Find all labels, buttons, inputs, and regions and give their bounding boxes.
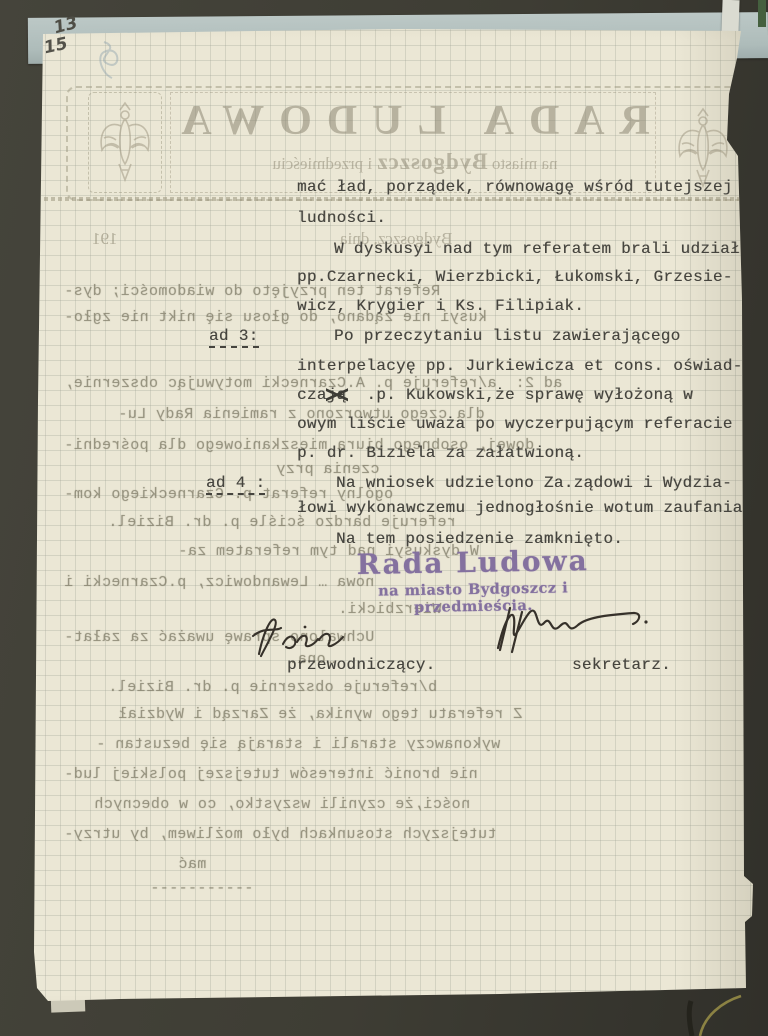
chairman-label: przewodniczący. xyxy=(287,656,436,674)
typed-line: Na wniosek udzielono Za.ządowi i Wydzia- xyxy=(336,474,732,492)
ghost-line: Z referatu tego wynika, że Zarząd i Wydz… xyxy=(118,706,522,723)
ghost-line: ności,że czynili wszystko, co w obecnych xyxy=(94,796,470,813)
letterhead-subtitle-post: i przedmieściu xyxy=(273,154,377,173)
item-marker-ad3: ad 3: xyxy=(209,327,259,345)
struck-line-post: .p. Kukowski,że sprawę wyłożoną w xyxy=(347,386,694,404)
letterhead-subtitle-mirrored: na miasto Bydgoszcz i przedmieściu xyxy=(150,149,680,175)
ghost-line: nie bronić interesów tutejszej polskiej … xyxy=(64,766,478,783)
ghost-line: mać xyxy=(178,856,206,873)
signature-secretary xyxy=(486,592,651,658)
ghost-line: ----------- xyxy=(150,880,253,897)
ghost-line: b/referuje obszernie p. dr. Biziel. xyxy=(108,679,437,696)
eagle-emblem-icon xyxy=(94,98,156,186)
ghost-line: wykonawczy starali i starają się bezusta… xyxy=(96,736,500,753)
binding-edge xyxy=(758,0,766,27)
pencil-squiggle xyxy=(92,40,128,82)
ad3-label: ad 3: xyxy=(209,327,259,348)
document-page: 15 xyxy=(0,0,768,1036)
letterhead-title-mirrored: RADA LUDOWA xyxy=(176,97,650,145)
typed-line: owym liście uważa po wyczerpującym refer… xyxy=(297,415,733,433)
ad4-label: ad 4 : xyxy=(206,474,265,495)
typed-line: W dyskusyi nad tym referatem brali udzia… xyxy=(334,240,740,258)
letterhead-year-mirrored: 191 xyxy=(92,229,118,249)
stamp-title: Rada Ludowa xyxy=(347,544,598,581)
typed-line: ludności. xyxy=(297,209,386,227)
signature-chairman xyxy=(245,606,355,662)
typed-line: p. dr. Biziela za załatwioną. xyxy=(297,444,584,462)
letterhead-frame-bottom-rule xyxy=(44,197,744,201)
typed-line: wicz, Krygier i Ks. Filipiak. xyxy=(297,297,584,315)
letterhead-subtitle-city: Bydgoszcz xyxy=(376,149,487,174)
ghost-line: tutejszych stosunkach było możliwem, by … xyxy=(64,826,496,843)
archival-scan: 13 15 xyxy=(0,0,768,1036)
typed-line: mać ład, porządek, równowagę wśród tutej… xyxy=(297,178,733,196)
letterhead-subtitle-pre: na miasto xyxy=(488,154,558,173)
paper-tab xyxy=(721,0,739,34)
typed-line: Po przeczytaniu listu zawierającego xyxy=(334,327,681,345)
handwritten-page-number: 15 xyxy=(42,34,69,58)
struck-text: ją xyxy=(327,386,347,404)
item-marker-ad4: ad 4 : xyxy=(206,474,265,492)
ghost-line: nowa … Lewandowicz, p.Czarnecki i xyxy=(64,574,374,591)
typed-line: łowi wykonawczemu jednogłośnie wotum zau… xyxy=(297,499,743,517)
struck-line-pre: cza xyxy=(297,386,327,404)
typed-line-with-strikeout: czają .p. Kukowski,że sprawę wyłożoną w xyxy=(297,386,693,404)
secretary-label: sekretarz. xyxy=(572,656,671,674)
typed-line: interpelacyę pp. Jurkiewicza et cons. oś… xyxy=(297,357,743,375)
typed-line: pp.Czarnecki, Wierzbicki, Łukomski, Grze… xyxy=(297,268,733,286)
